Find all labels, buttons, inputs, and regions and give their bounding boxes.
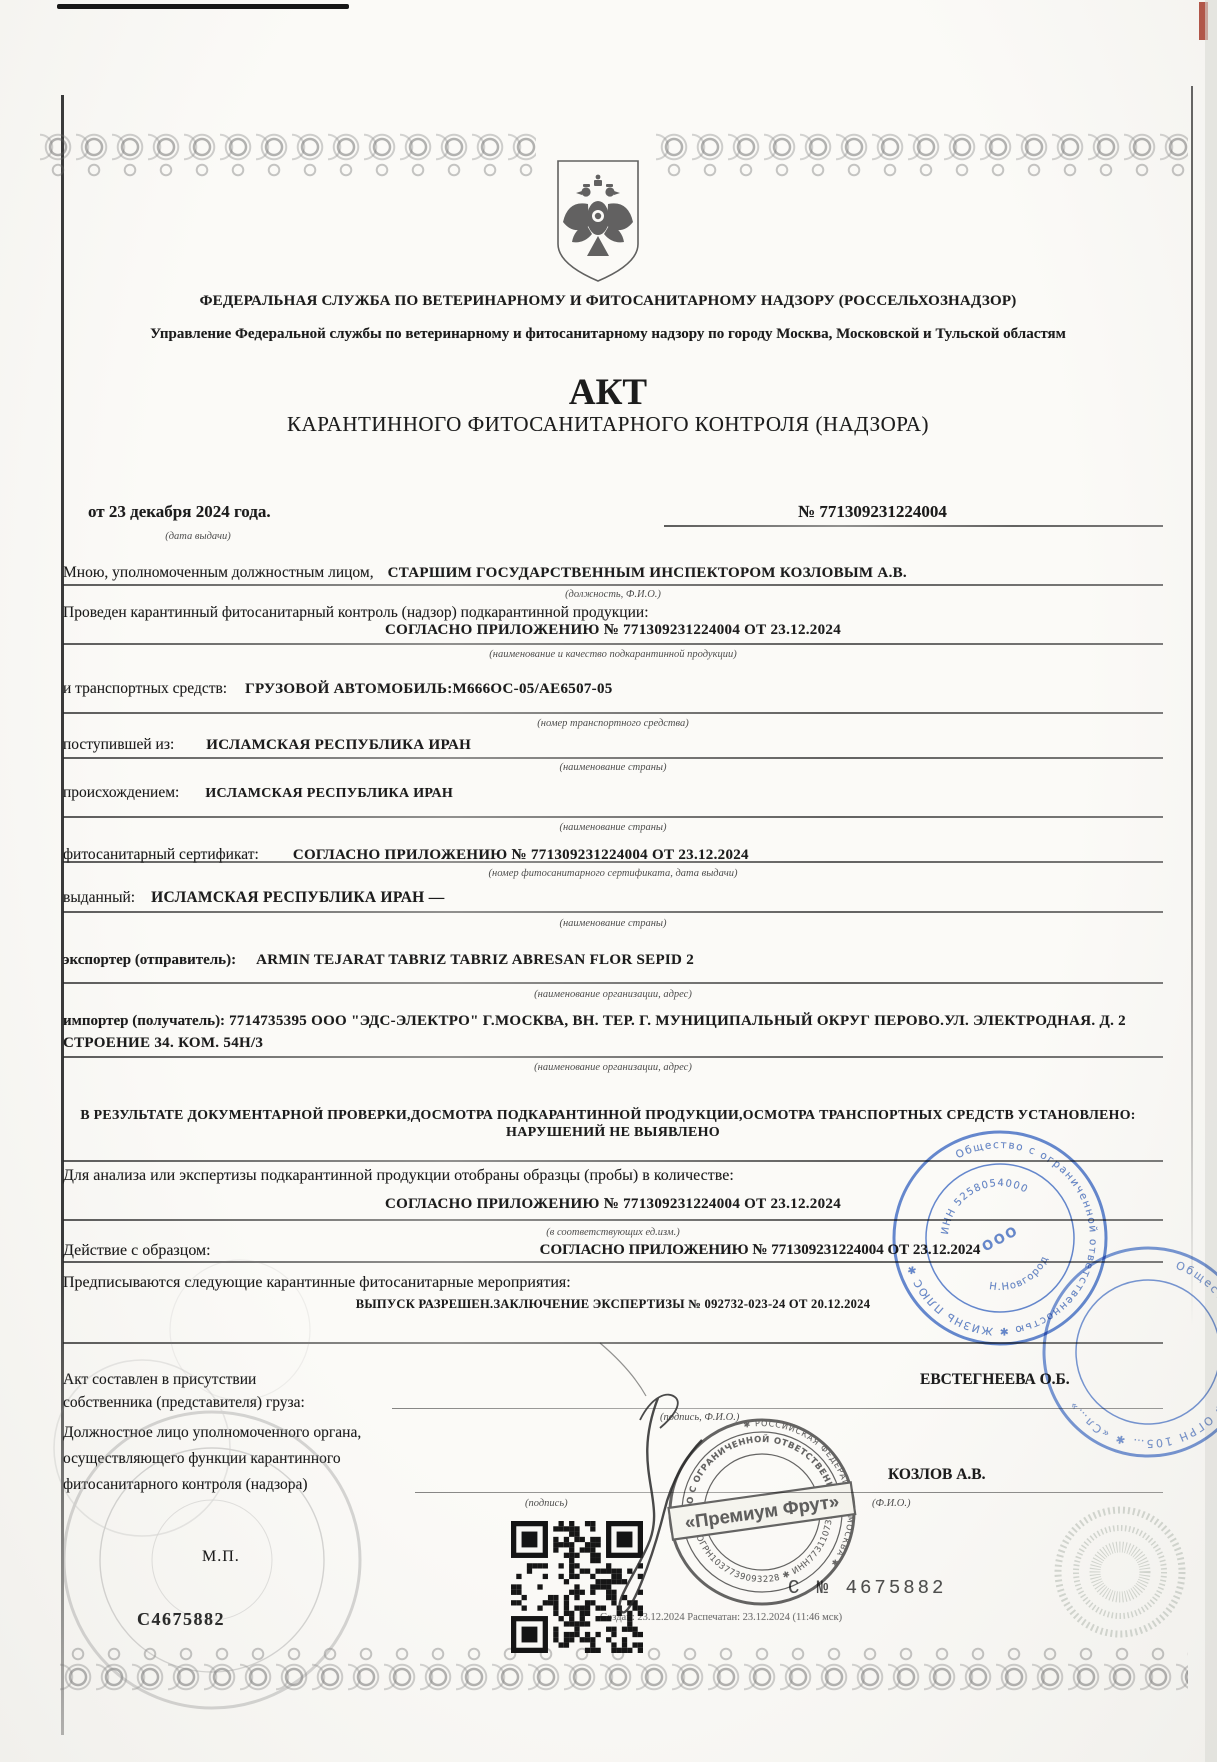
presence-signer-name: ЕВСТЕГНЕЕВА О.Б.: [920, 1371, 1070, 1389]
field-sample-action-value: СОГЛАСНО ПРИЛОЖЕНИЮ № 771309231224004 ОТ…: [400, 1242, 1120, 1259]
field-date: от 23 декабря 2024 года.: [88, 502, 271, 522]
rule: [63, 1342, 1163, 1344]
field-inspector-value: СТАРШИМ ГОСУДАРСТВЕННЫМ ИНСПЕКТОРОМ КОЗЛ…: [388, 565, 907, 581]
field-result-value: НАРУШЕНИЙ НЕ ВЫЯВЛЕНО: [63, 1125, 1163, 1141]
field-transport: и транспортных средств: ГРУЗОВОЙ АВТОМОБ…: [63, 680, 613, 698]
field-issued-by-caption: (наименование страны): [63, 918, 1163, 929]
field-issued-by: выданный: ИСЛАМСКАЯ РЕСПУБЛИКА ИРАН —: [63, 889, 445, 907]
scan-edge-right-line: [1191, 86, 1193, 1326]
field-origin-label: происхождением:: [63, 784, 179, 801]
rule: [63, 712, 1163, 714]
field-arrived-from-label: поступившей из:: [63, 736, 174, 753]
rule: [664, 525, 1163, 527]
eagle-emblem: [563, 175, 633, 256]
field-samples-label: Для анализа или экспертизы подкарантинно…: [63, 1167, 734, 1185]
svg-text:Общество с ограни… ✱ ОГРН 105…: Общество с ограни… ✱ ОГРН 105… ✱ «Сл…»: [1059, 1240, 1217, 1476]
field-inspector-label: Мною, уполномоченным должностным лицом,: [63, 564, 374, 581]
rule: [63, 911, 1163, 913]
field-issued-by-label: выданный:: [63, 889, 135, 906]
presence-label-line2: собственника (представителя) груза:: [63, 1394, 305, 1412]
field-transport-caption: (номер транспортного средства): [63, 718, 1163, 729]
rule: [63, 816, 1163, 818]
seal-place-mark: М.П.: [202, 1548, 240, 1566]
field-production-value: СОГЛАСНО ПРИЛОЖЕНИЮ № 771309231224004 ОТ…: [63, 622, 1163, 639]
signature-line-owner: [392, 1408, 1163, 1409]
field-exporter: экспортер (отправитель): ARMIN TEJARAT T…: [63, 951, 694, 969]
blank-number-right: С № 4675882: [788, 1577, 946, 1599]
rule: [63, 757, 1163, 759]
field-exporter-label: экспортер (отправитель):: [63, 952, 236, 968]
rule: [63, 1160, 1163, 1162]
document-page: ФЕДЕРАЛЬНАЯ СЛУЖБА ПО ВЕТЕРИНАРНОМУ И ФИ…: [0, 0, 1217, 1762]
qr-code: [511, 1521, 643, 1653]
guilloche-band-top-right: [656, 132, 1188, 178]
field-certificate-caption: (номер фитосанитарного сертификата, дата…: [63, 868, 1163, 879]
official-caption-name: (Ф.И.О.): [872, 1498, 910, 1509]
rule: [63, 643, 1163, 645]
field-importer-label: импортер (получатель):: [63, 1013, 225, 1029]
doc-subtitle: КАРАНТИННОГО ФИТОСАНИТАРНОГО КОНТРОЛЯ (Н…: [58, 412, 1158, 437]
field-arrived-from-value: ИСЛАМСКАЯ РЕСПУБЛИКА ИРАН: [206, 737, 471, 753]
field-transport-value: ГРУЗОВОЙ АВТОМОБИЛЬ:М666ОС-05/АЕ6507-05: [245, 681, 612, 697]
blue-stamp-secondary-ring-text: Общество с ограни… ✱ ОГРН 105… ✱ «Сл…»: [1059, 1240, 1217, 1476]
field-origin-caption: (наименование страны): [63, 822, 1163, 833]
field-issued-by-value: ИСЛАМСКАЯ РЕСПУБЛИКА ИРАН —: [151, 889, 444, 906]
field-importer-caption: (наименование организации, адрес): [63, 1062, 1163, 1073]
official-caption-sign: (подпись): [525, 1498, 568, 1509]
field-origin: происхождением: ИСЛАМСКАЯ РЕСПУБЛИКА ИРА…: [63, 784, 453, 802]
field-inspector: Мною, уполномоченным должностным лицом, …: [63, 564, 907, 582]
field-measures-value: ВЫПУСК РАЗРЕШЕН.ЗАКЛЮЧЕНИЕ ЭКСПЕРТИЗЫ № …: [63, 1297, 1163, 1312]
official-label-line3: фитосанитарного контроля (надзора): [63, 1476, 308, 1494]
premium-stamp-top-ring-text: ОБЩЕСТВО С ОГРАНИЧЕННОЙ ОТВЕТСТВЕННОСТЬЮ: [671, 1420, 838, 1531]
rule: [63, 1261, 1163, 1263]
field-importer: импортер (получатель): 7714735395 ООО "Э…: [63, 1010, 1138, 1054]
field-origin-value: ИСЛАМСКАЯ РЕСПУБЛИКА ИРАН: [205, 786, 453, 801]
rule: [63, 1219, 1163, 1221]
department-name: Управление Федеральной службы по ветерин…: [98, 323, 1118, 346]
field-arrived-from-caption: (наименование страны): [63, 762, 1163, 773]
rule: [63, 584, 1163, 586]
official-signer-name: КОЗЛОВ А.В.: [888, 1466, 986, 1484]
field-samples-value: СОГЛАСНО ПРИЛОЖЕНИЮ № 771309231224004 ОТ…: [63, 1196, 1163, 1213]
svg-text:ОБЩЕСТВО С ОГРАНИЧЕННОЙ ОТВЕТС: ОБЩЕСТВО С ОГРАНИЧЕННОЙ ОТВЕТСТВЕННОСТЬЮ: [671, 1420, 838, 1531]
premium-stamp-banner-text: «Премиум Фрут»: [683, 1490, 840, 1532]
guilloche-band-top-left: [40, 132, 536, 178]
premium-stamp-banner: «Премиум Фрут»: [669, 1482, 856, 1539]
official-label-line2: осуществляющего функции карантинного: [63, 1450, 341, 1468]
field-measures-label: Предписываются следующие карантинные фит…: [63, 1274, 571, 1292]
field-inspector-caption: (должность, Ф.И.О.): [63, 589, 1163, 600]
field-samples-caption: (в соответствующих ед.изм.): [63, 1227, 1163, 1238]
field-sample-action-label: Действие с образцом:: [63, 1242, 211, 1260]
scan-artifact-top-bar: [57, 4, 349, 9]
agency-name: ФЕДЕРАЛЬНАЯ СЛУЖБА ПО ВЕТЕРИНАРНОМУ И ФИ…: [58, 293, 1158, 310]
field-exporter-caption: (наименование организации, адрес): [63, 989, 1163, 1000]
presence-caption: (подпись, Ф.И.О.): [660, 1412, 739, 1423]
rule: [63, 1056, 1163, 1058]
official-label-line1: Должностное лицо уполномоченного органа,: [63, 1424, 361, 1442]
field-result-label: В РЕЗУЛЬТАТЕ ДОКУМЕНТАРНОЙ ПРОВЕРКИ,ДОСМ…: [58, 1107, 1158, 1123]
rule: [63, 861, 1163, 863]
rosette-ornament: [1058, 1510, 1182, 1634]
scan-edge-right-strip: [1205, 0, 1217, 1762]
blank-number-left: С4675882: [137, 1609, 225, 1630]
field-production-label: Проведен карантинный фитосанитарный конт…: [63, 604, 649, 622]
field-exporter-value: ARMIN TEJARAT TABRIZ TABRIZ ABRESAN FLOR…: [256, 952, 694, 968]
presence-label-line1: Акт составлен в присутствии: [63, 1371, 256, 1389]
field-date-caption: (дата выдачи): [88, 531, 308, 542]
field-transport-label: и транспортных средств:: [63, 680, 227, 697]
coat-of-arms: [552, 158, 644, 286]
field-arrived-from: поступившей из: ИСЛАМСКАЯ РЕСПУБЛИКА ИРА…: [63, 736, 471, 754]
field-production-caption: (наименование и качество подкарантинной …: [63, 649, 1163, 660]
rule: [63, 982, 1163, 984]
signature-line-official: [415, 1492, 1163, 1493]
doc-type-title: АКТ: [58, 374, 1158, 412]
field-act-number: № 771309231224004: [798, 502, 947, 522]
